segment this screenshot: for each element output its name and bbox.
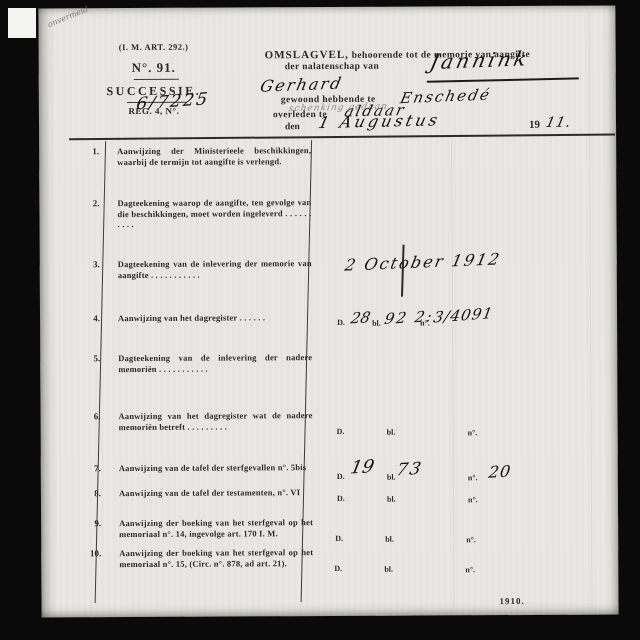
blad-label: bl. (372, 319, 381, 328)
nummer-label: n°. (466, 535, 476, 544)
blad-label: bl. (384, 565, 393, 574)
header-rule (69, 134, 615, 141)
deel-value-handwritten: 28 (349, 308, 372, 327)
paper-fold-line (588, 11, 592, 611)
document-title-word: OMSLAGVEL, (265, 49, 349, 61)
nummer-value-handwritten: 3/4091 (432, 304, 495, 326)
row-description: Aanwijzing der Ministerieele beschikking… (117, 145, 311, 167)
form-article-reference: (I. M. ART. 292.) (69, 41, 239, 52)
row-description: Aanwijzing der boeking van het sterfgeva… (119, 517, 313, 539)
row-number: 4. (68, 313, 100, 323)
deceased-firstname-handwritten: Gerhard (259, 73, 345, 95)
nummer-label: n°. (420, 318, 430, 327)
row-description: Aanwijzing van het dagregister . . . . .… (118, 312, 312, 324)
deel-label: D. (337, 318, 345, 327)
nummer-label: n°. (468, 495, 478, 504)
paper-fold-line (451, 139, 454, 609)
date-label: den (285, 122, 300, 132)
deel-label: D. (337, 494, 345, 503)
estate-of-label: der nalatenschap van (285, 62, 379, 72)
deel-label: D. (337, 472, 345, 481)
blad-label: bl. (387, 495, 396, 504)
row-number: 6. (69, 411, 101, 421)
row-description: Dagteekening van de inlevering der nader… (118, 352, 312, 374)
blad-label: bl. (385, 535, 394, 544)
nummer-label: n°. (468, 428, 478, 437)
deel-label: D. (334, 564, 342, 573)
year-handwritten: 11. (544, 115, 573, 131)
row-description: Dagteekening waarop de aangifte, ten gev… (117, 197, 311, 230)
row-description: Dagteekening van de inlevering der memor… (118, 258, 312, 280)
row-description: Aanwijzing van de tafel der testamenten,… (119, 487, 313, 499)
row-description: Aanwijzing van het dagregister wat de na… (119, 410, 313, 432)
row-description: Aanwijzing der boeking van het sterfgeva… (119, 547, 313, 569)
table-rule-left (95, 141, 106, 603)
divider-line (134, 79, 179, 80)
death-date-handwritten: 1 Augustus (317, 110, 443, 132)
pencil-annotation: onvermeld (46, 5, 89, 30)
deceased-surname-handwritten: Jannink (428, 46, 532, 74)
row-number: 7. (69, 463, 101, 473)
year-printed: 19 (529, 119, 540, 131)
row-number: 8. (69, 488, 101, 498)
form-page: onvermeld (I. M. ART. 292.) N°. 91. SUCC… (38, 5, 618, 617)
blad-value-handwritten: 73 (395, 459, 425, 480)
name-underline (427, 77, 579, 82)
row3-date-handwritten: 2 October 1912 (343, 249, 503, 274)
nummer-label: n°. (468, 473, 478, 482)
scan-corner-patch (8, 8, 36, 38)
row-number: 5. (68, 353, 100, 363)
form-year-footer: 1910. (499, 596, 524, 606)
row-number: 1. (67, 146, 99, 156)
blad-label: bl. (387, 428, 396, 437)
deel-label: D. (335, 534, 343, 543)
row-number: 3. (68, 259, 100, 269)
residence-handwritten: Enschedé (399, 86, 493, 108)
deel-label: D. (337, 427, 345, 436)
row-number: 10. (69, 548, 101, 558)
form-number: N°. 91. (69, 59, 239, 76)
row-description: Aanwijzing van de tafel der sterfgevalle… (119, 462, 313, 474)
nummer-label: n°. (465, 565, 475, 574)
row-number: 9. (69, 518, 101, 528)
scanned-document: onvermeld (I. M. ART. 292.) N°. 91. SUCC… (0, 0, 640, 640)
nummer-value-handwritten: 20 (488, 461, 513, 481)
deel-value-handwritten: 19 (349, 456, 376, 478)
row-number: 2. (67, 198, 99, 208)
